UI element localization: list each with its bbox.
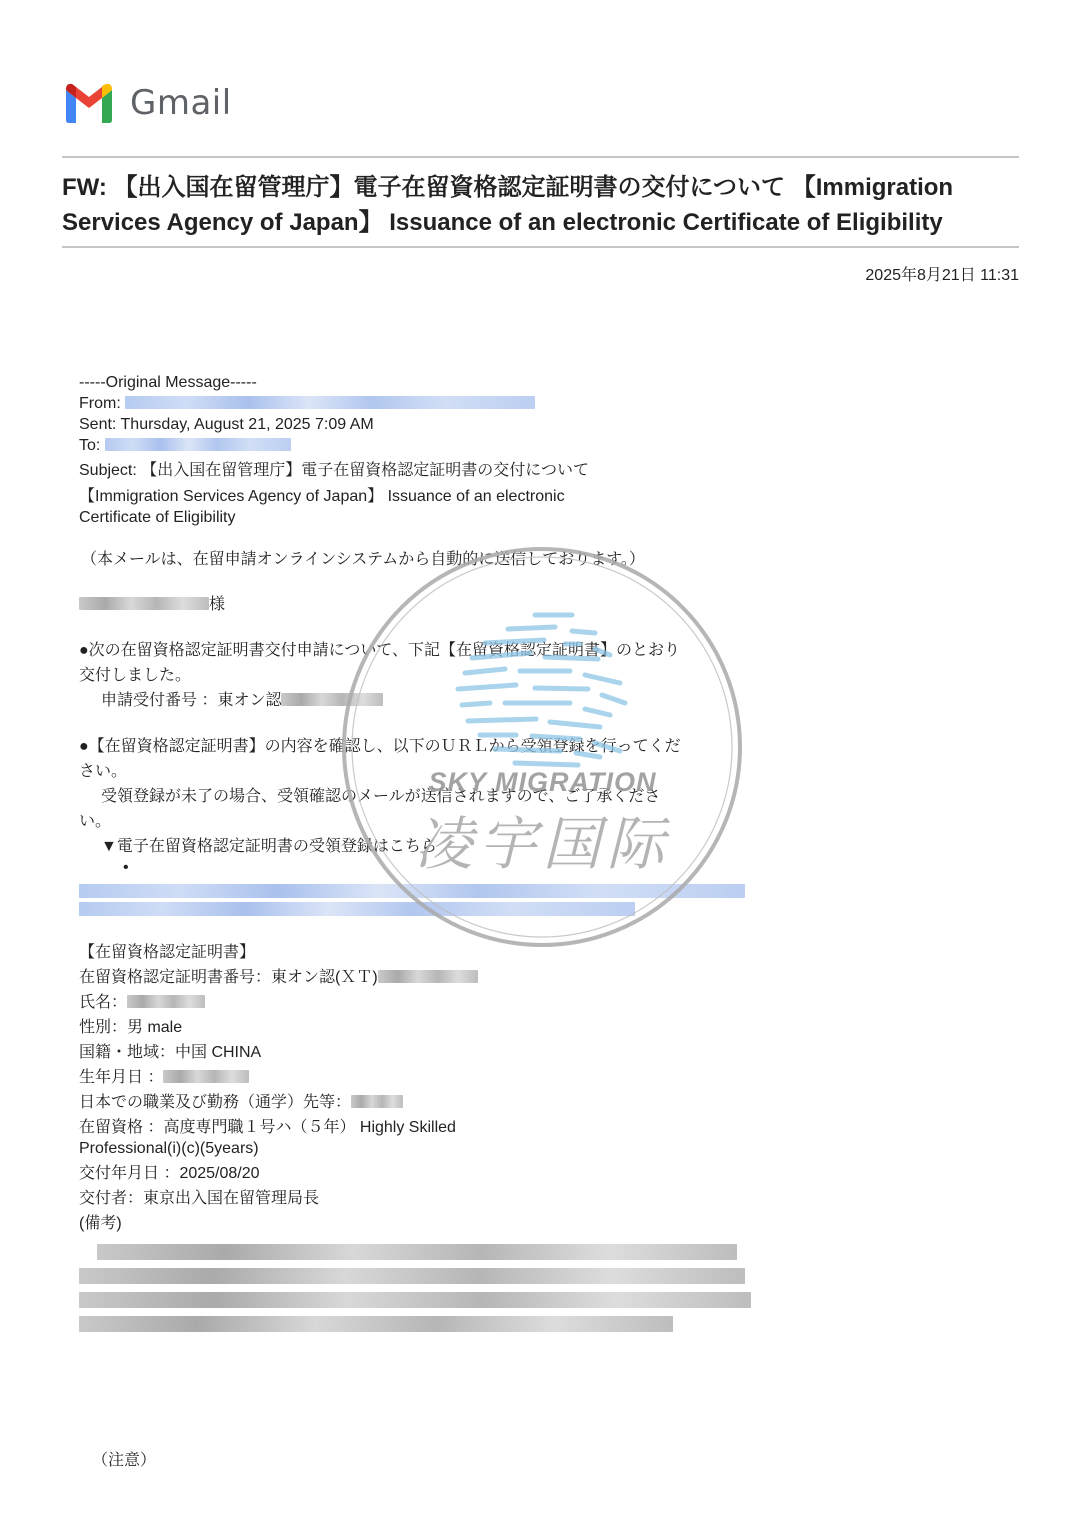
cert-issuer: 交付者：東京出入国在留管理局長: [79, 1188, 759, 1209]
divider-bottom: [62, 246, 1019, 248]
cert-status-line1: 在留資格 ：高度専門職１号ハ（５年） Highly Skilled: [79, 1117, 759, 1138]
cert-birthdate: 生年月日 ：: [79, 1067, 759, 1088]
para3-line2: い。: [79, 811, 759, 832]
cert-issue-date: 交付年月日 ：2025/08/20: [79, 1163, 759, 1184]
certificate-number-redacted: [378, 970, 478, 983]
email-body: -----Original Message----- From: Sent: T…: [79, 372, 759, 1340]
para2-line1: ●【在留資格認定証明書】の内容を確認し、以下のＵＲＬから受領登録を行ってくだ: [79, 736, 759, 757]
para1-line1: ●次の在留資格認定証明書交付申請について、下記【在留資格認定証明書】のとおり: [79, 640, 759, 661]
from-label: From:: [79, 395, 121, 412]
cert-gender: 性別：男 male: [79, 1017, 759, 1038]
receipt-number-label: 申請受付番号 ：東オン認: [101, 692, 281, 709]
cert-birthdate-redacted: [163, 1070, 249, 1083]
registration-link-redacted[interactable]: [79, 884, 745, 898]
cert-employer: 日本での職業及び勤務（通学）先等：: [79, 1092, 759, 1113]
gmail-logo: Gmail: [62, 82, 232, 124]
original-to: To:: [79, 435, 759, 456]
email-date: 2025年8月21日 11:31: [865, 262, 1019, 285]
cert-remarks-label: (備考): [79, 1213, 759, 1234]
salutation: 様: [79, 594, 759, 615]
certificate-heading: 【在留資格認定証明書】: [79, 942, 759, 963]
cert-name: 氏名：: [79, 992, 759, 1013]
cert-nationality: 国籍・地域：中国 CHINA: [79, 1042, 759, 1063]
certificate-number: 在留資格認定証明書番号：東オン認(ＸＴ): [79, 967, 759, 988]
cert-name-redacted: [127, 995, 205, 1008]
original-subject-line3: Certificate of Eligibility: [79, 507, 759, 528]
original-subject-line2: 【Immigration Services Agency of Japan】 I…: [79, 486, 759, 507]
original-message-separator: -----Original Message-----: [79, 372, 759, 393]
to-address-redacted: [105, 438, 291, 451]
gmail-wordmark: Gmail: [130, 83, 232, 123]
cert-birthdate-label: 生年月日 ：: [79, 1069, 163, 1086]
original-from: From:: [79, 393, 759, 414]
divider-top: [62, 156, 1019, 158]
from-address-redacted: [125, 396, 535, 409]
gmail-m-icon: [62, 82, 116, 124]
para2-line2: さい。: [79, 761, 759, 782]
remarks-redacted-line: [97, 1244, 737, 1260]
original-subject-line1: Subject: 【出入国在留管理庁】電子在留資格認定証明書の交付について: [79, 460, 759, 481]
link-bullet: •: [79, 857, 759, 878]
cert-status-line2: Professional(i)(c)(5years): [79, 1138, 759, 1159]
auto-notice: （本メールは、在留申請オンラインシステムから自動的に送信しております。）: [79, 549, 759, 570]
cert-employer-label: 日本での職業及び勤務（通学）先等：: [79, 1094, 351, 1111]
cert-employer-redacted: [351, 1095, 403, 1108]
email-subject-title: FW: 【出入国在留管理庁】電子在留資格認定証明書の交付について 【Immigr…: [62, 170, 1022, 240]
remarks-redacted-line: [79, 1268, 745, 1284]
registration-link-redacted-line2[interactable]: [79, 902, 635, 916]
receipt-number-redacted: [281, 693, 383, 706]
para3-line1: 受領登録が未了の場合、受領確認のメールが送信されますので、ご了承くださ: [79, 786, 759, 807]
remarks-redacted: [79, 1244, 759, 1332]
recipient-name-redacted: [79, 597, 209, 610]
original-sent: Sent: Thursday, August 21, 2025 7:09 AM: [79, 414, 759, 435]
cert-name-label: 氏名：: [79, 994, 127, 1011]
caution-heading: （注意）: [92, 1447, 156, 1470]
remarks-redacted-line: [79, 1292, 751, 1308]
certificate-number-label: 在留資格認定証明書番号：東オン認(ＸＴ): [79, 969, 378, 986]
receipt-number: 申請受付番号 ：東オン認: [79, 690, 759, 711]
to-label: To:: [79, 437, 100, 454]
para1-line2: 交付しました。: [79, 665, 759, 686]
link-heading: ▼電子在留資格認定証明書の受領登録はこちら: [79, 836, 759, 857]
remarks-redacted-line: [79, 1316, 673, 1332]
salutation-suffix: 様: [209, 596, 225, 613]
